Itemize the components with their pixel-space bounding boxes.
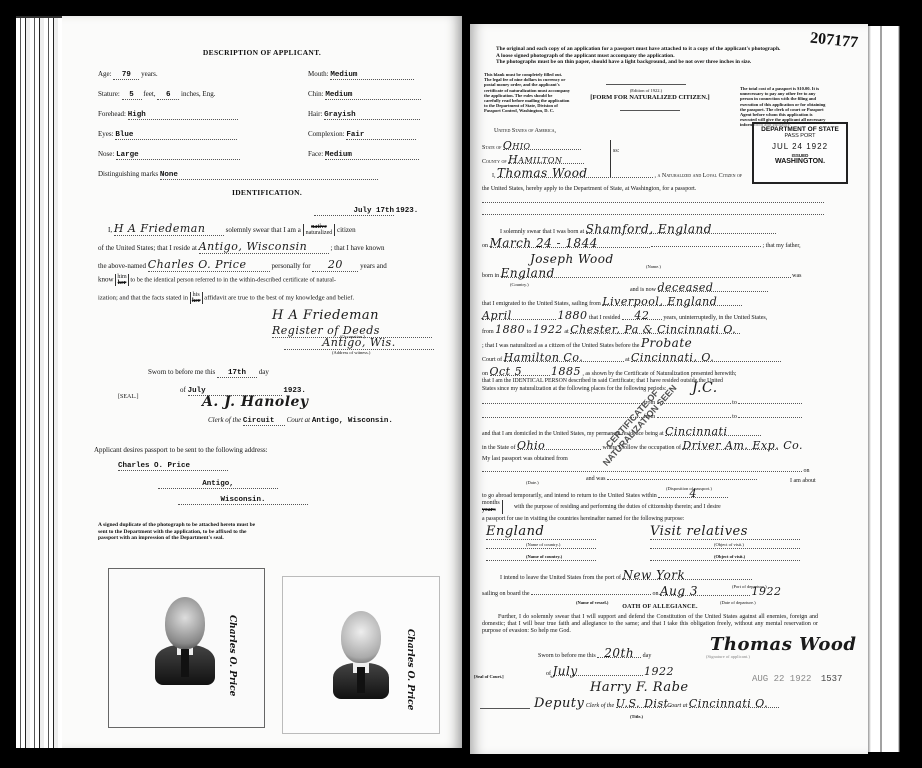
return-line: to go abroad temporarily, and intend to … — [482, 490, 728, 500]
affidavit-line-4: know him her to be the identical person … — [98, 274, 336, 286]
left-sworn-line: Sworn to before me this 17th day — [148, 368, 269, 378]
applicant-photo-2: Charles O. Price — [282, 576, 440, 734]
field-face: Face: Medium — [308, 150, 419, 160]
naturalization-date: Oct 5 — [490, 368, 550, 376]
purpose-2 — [650, 548, 800, 549]
field-age: Age: 79 years. — [98, 70, 158, 80]
photo-1-signature: Charles O. Price — [227, 615, 237, 696]
stamp-date: JUL 24 1922 — [758, 142, 842, 151]
field-hair: Hair: Grayish — [308, 110, 420, 120]
right-sworn-month-line: of July 1922 — [546, 668, 674, 678]
field-nose: Nose: Large — [98, 150, 240, 160]
departure-date: Aug 3 — [660, 588, 750, 596]
years-known: 20 — [312, 258, 358, 272]
court-line: Court of Hamilton Co. at Cincinnati, O. — [482, 354, 781, 364]
page-edges-right — [868, 26, 900, 752]
residence-period-line: from 1880 to 1922 at Chester, Pa & Cinci… — [482, 326, 740, 336]
deputy-label: Deputy — [534, 696, 584, 711]
apply-text: the United States, hereby apply to the D… — [482, 186, 696, 193]
witness-address: Antigo, Wis. — [284, 336, 434, 350]
stature-inches: 6 — [157, 91, 179, 100]
right-sworn-year: 1922 — [644, 665, 674, 678]
domicile-state: Ohio — [517, 442, 601, 450]
complexion-value: Fair — [346, 131, 416, 140]
field-complexion: Complexion: Fair — [308, 130, 416, 140]
state-value: Ohio — [503, 142, 581, 150]
country-3 — [486, 560, 596, 561]
right-clerk-line: Deputy Clerk of the U.S. Dist. Court at … — [534, 700, 779, 710]
applicant-name: Thomas Wood — [497, 170, 653, 178]
left-seal-label: [SEAL.] — [118, 394, 139, 401]
right-court-type: U.S. Dist. — [616, 700, 666, 708]
father-status-line: and is now deceased — [630, 284, 768, 294]
right-court-city: Cincinnati O. — [689, 700, 779, 708]
sailed-from: Liverpool, England — [602, 298, 742, 306]
birthplace-line: I solemnly swear that I was born at Sham… — [500, 226, 776, 236]
form-title: [FORM FOR NATURALIZED CITIZEN.] — [580, 94, 720, 101]
right-sworn-day: 20th — [597, 650, 641, 658]
purpose-1: Visit relatives — [650, 524, 800, 540]
country-2 — [486, 548, 596, 549]
marks-value: None — [160, 171, 378, 180]
applicant-signature: Thomas Wood — [710, 634, 856, 655]
months-abroad: 4 — [658, 490, 728, 498]
field-stature: Stature: 5 feet, 6 inches, Eng. — [98, 90, 215, 100]
book-gutter — [462, 12, 470, 756]
emigration-year: 1880 — [558, 309, 588, 322]
naturalized-line: ; that I was naturalized as a citizen of… — [482, 340, 826, 350]
witness-signature: H A Friedeman — [272, 308, 379, 323]
father-name: Joseph Wood — [530, 252, 614, 266]
months-years-bracket: months years — [482, 500, 503, 514]
affidavit-line-3: the above-named Charles O. Price persona… — [98, 258, 387, 272]
birthdate-value: March 24 - 1844 — [490, 240, 650, 248]
sailing-line: sailing on board the on Aug 3 1922 — [482, 588, 782, 598]
applicant-occupation: Driver Am. Exp. Co. — [682, 442, 778, 450]
field-distinguishing-marks: Distinguishing marks None — [98, 170, 378, 180]
left-clerk-signature: A. J. Hanoley — [202, 394, 309, 410]
departure-year: 1922 — [752, 585, 782, 598]
identification-title: IDENTIFICATION. — [192, 188, 342, 197]
right-seal-label: [Seal of Court.] — [474, 674, 504, 679]
court-name: Hamilton Co. — [504, 354, 624, 362]
received-stamp: AUG 22 1922 1537 — [752, 674, 842, 684]
right-sworn-line: Sworn to before me this 20th day — [538, 650, 651, 660]
witness-name: H A Friedeman — [114, 222, 224, 236]
birthplace-value: Shamford, England — [586, 226, 776, 234]
birthdate-line: on March 24 - 1844 ; that my father, — [482, 240, 801, 250]
field-eyes: Eyes: Blue — [98, 130, 237, 140]
nose-value: Large — [116, 151, 240, 160]
oath-title: OATH OF ALLEGIANCE. — [590, 604, 730, 610]
face-value: Medium — [325, 151, 419, 160]
vessel-name — [531, 594, 651, 595]
field-mouth: Mouth: Medium — [308, 70, 414, 80]
field-chin: Chin: Medium — [308, 90, 421, 100]
field-forehead: Forehead: High — [98, 110, 238, 120]
hair-value: Grayish — [324, 111, 420, 120]
photo-2-signature: Charles O. Price — [405, 629, 415, 710]
send-address-line-1: Charles O. Price — [118, 462, 228, 471]
left-page: DESCRIPTION OF APPLICANT. Age: 79 years.… — [62, 16, 462, 748]
departure-port-line: I intend to leave the United States from… — [500, 572, 752, 582]
county-value: Hamilton — [508, 156, 584, 164]
naturalization-year: 1885 — [551, 365, 581, 378]
venue-state: State of Ohio — [482, 142, 581, 152]
passport-disposition-line: and was — [586, 476, 757, 483]
witness-residence: Antigo, Wisconsin — [199, 240, 329, 254]
description-title: DESCRIPTION OF APPLICANT. — [162, 48, 362, 57]
passport-issued-stamp: DEPARTMENT OF STATE PASS PORT JUL 24 192… — [752, 122, 848, 184]
stamp-initials: J.C. — [692, 380, 718, 396]
domicile-state-line: in the State of Ohio where I follow the … — [482, 442, 778, 452]
affidavit-date: July 17th 1923. — [314, 206, 418, 216]
country-1: England — [486, 524, 596, 540]
photo-instructions: A signed duplicate of the photograph to … — [98, 522, 258, 542]
left-sworn-day: 17th — [217, 369, 257, 378]
venue-county: County of Hamilton — [482, 156, 584, 166]
send-address-line-3: Wisconsin. — [178, 496, 308, 505]
years-resided: 42 — [622, 312, 662, 320]
applicant-name-line: I, Thomas Wood , a Naturalized and Loyal… — [492, 170, 742, 180]
book-scan: DESCRIPTION OF APPLICANT. Age: 79 years.… — [0, 0, 922, 768]
father-birthplace: England — [501, 270, 791, 278]
departure-port: New York — [622, 572, 752, 580]
mouth-value: Medium — [330, 71, 414, 80]
purpose-3 — [650, 560, 800, 561]
send-address-label: Applicant desires passport to be sent to… — [94, 446, 268, 454]
right-clerk-signature: Harry F. Rabe — [590, 680, 689, 695]
left-court-location: Antigo, Wisconsin. — [312, 417, 393, 425]
father-status: deceased — [658, 284, 768, 292]
chin-value: Medium — [325, 91, 421, 100]
right-page: 207177 The original and each copy of an … — [470, 24, 868, 754]
stature-feet: 5 — [122, 91, 142, 100]
send-address-line-2: Antigo, — [158, 480, 278, 489]
last-passport-line: on — [482, 468, 810, 475]
age-value: 79 — [113, 71, 139, 80]
naturalization-date-line: on Oct 5 1885 , as shown by the Certific… — [482, 368, 736, 378]
edition-label: (Edition of 1922.) — [606, 84, 686, 93]
venue-usa: United States of America, — [494, 128, 556, 135]
affidavit-line-1: I, H A Friedeman solemnly swear that I a… — [108, 222, 356, 236]
affidavit-line-2: of the United States; that I reside at A… — [98, 240, 385, 254]
emigration-date-line: April 1880 that I resided 42 years, unin… — [482, 312, 767, 322]
affidavit-line-5: ization; and that the facts stated in hi… — [98, 292, 354, 304]
court-type: Probate — [641, 336, 692, 350]
left-notice: This blank must be completely filled out… — [484, 72, 570, 114]
emigration-month: April — [482, 312, 556, 320]
left-court-type: Circuit — [243, 417, 285, 426]
residence-from-year: 1880 — [495, 323, 525, 336]
page-edges-left — [16, 16, 66, 748]
emigration-line: that I emigrated to the United States, s… — [482, 298, 742, 308]
father-birthplace-line: born in England was — [482, 270, 802, 280]
eyes-value: Blue — [115, 131, 237, 140]
domicile-city: Cincinnati — [665, 428, 761, 436]
top-notice: The original and each copy of an applica… — [496, 46, 826, 66]
forehead-value: High — [128, 111, 238, 120]
court-city: Cincinnati, O. — [631, 354, 781, 362]
oath-text: Further, I do solemnly swear that I will… — [482, 614, 818, 636]
applicant-photo-1: Charles O. Price — [108, 568, 265, 728]
applicant-named: Charles O. Price — [148, 258, 270, 272]
residence-places: Chester, Pa & Cincinnati O. — [570, 326, 740, 334]
residence-to-year: 1922 — [533, 323, 563, 336]
left-clerk-line: Clerk of the Circuit Court at Antigo, Wi… — [208, 416, 393, 426]
right-sworn-month: July — [553, 668, 643, 676]
